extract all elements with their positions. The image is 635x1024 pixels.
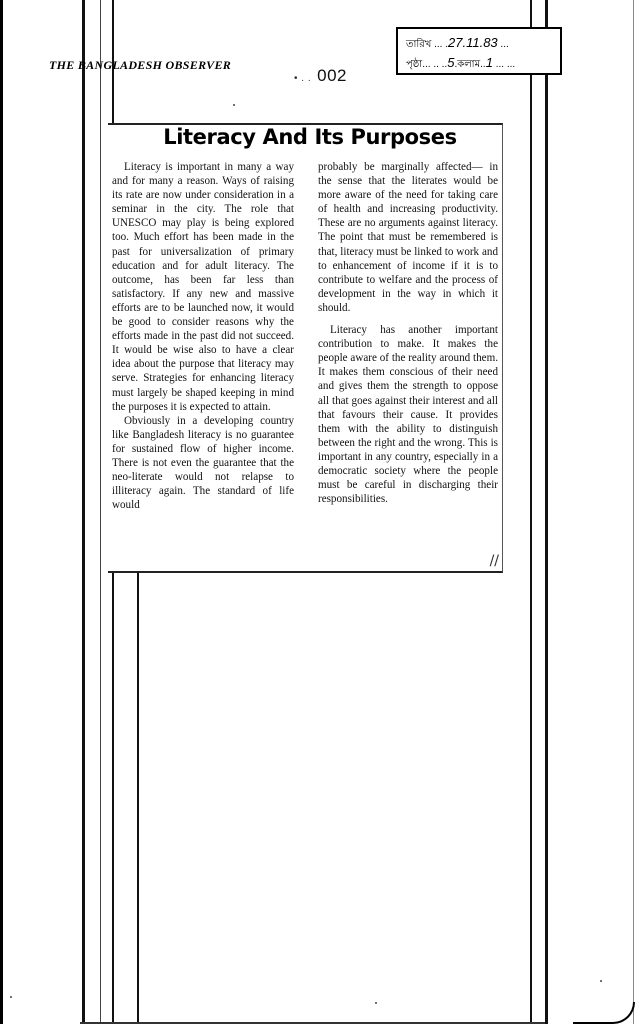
scan-speck (375, 1002, 377, 1004)
scan-speck (10, 996, 12, 998)
stamp-page-row: পৃষ্ঠা... .. ..5.কলাম..1 ... ... (406, 54, 554, 74)
article-paragraph: Literacy has another important contribut… (318, 323, 498, 506)
binder-line (530, 0, 532, 1024)
binder-line (137, 565, 139, 1024)
article-left-column: Literacy is important in many a way and … (112, 160, 294, 512)
scan-speck (233, 104, 235, 106)
masthead: THE BANGLADESH OBSERVER (49, 58, 231, 72)
article-paragraph: probably be marginally affected— in the … (318, 160, 498, 315)
binder-line (633, 0, 634, 1024)
clip-corner-mark: // (490, 553, 499, 569)
article-right-column: probably be marginally affected— in the … (318, 160, 498, 506)
page-number-value: 002 (317, 66, 347, 85)
article-paragraph: Obviously in a developing country like B… (112, 414, 294, 513)
newspaper-clipping: Literacy And Its Purposes Literacy is im… (108, 123, 503, 573)
scan-dots: • . . (294, 73, 311, 84)
article-headline: Literacy And Its Purposes (108, 125, 502, 149)
stamp-column-value: 1 (486, 55, 493, 70)
scan-left-edge (0, 0, 3, 1024)
binder-line (82, 0, 85, 1024)
article-paragraph: Literacy is important in many a way and … (112, 160, 294, 414)
page-number: • . .002 (294, 66, 347, 86)
stamp-page-label: পৃষ্ঠা (406, 59, 422, 70)
stamp-date-label: তারিখ (406, 39, 431, 50)
stamp-page-value: 5 (447, 55, 454, 70)
archive-stamp: তারিখ ... .27.11.83 ... পৃষ্ঠা... .. ..5… (396, 27, 562, 75)
stamp-date-row: তারিখ ... .27.11.83 ... (406, 34, 554, 54)
stamp-column-label: কলাম (457, 59, 480, 70)
stamp-date-value: 27.11.83 (448, 35, 498, 50)
page-corner-curl (573, 1002, 635, 1024)
scan-speck (600, 980, 602, 982)
binder-line (545, 0, 548, 1024)
binder-line (100, 0, 101, 1024)
